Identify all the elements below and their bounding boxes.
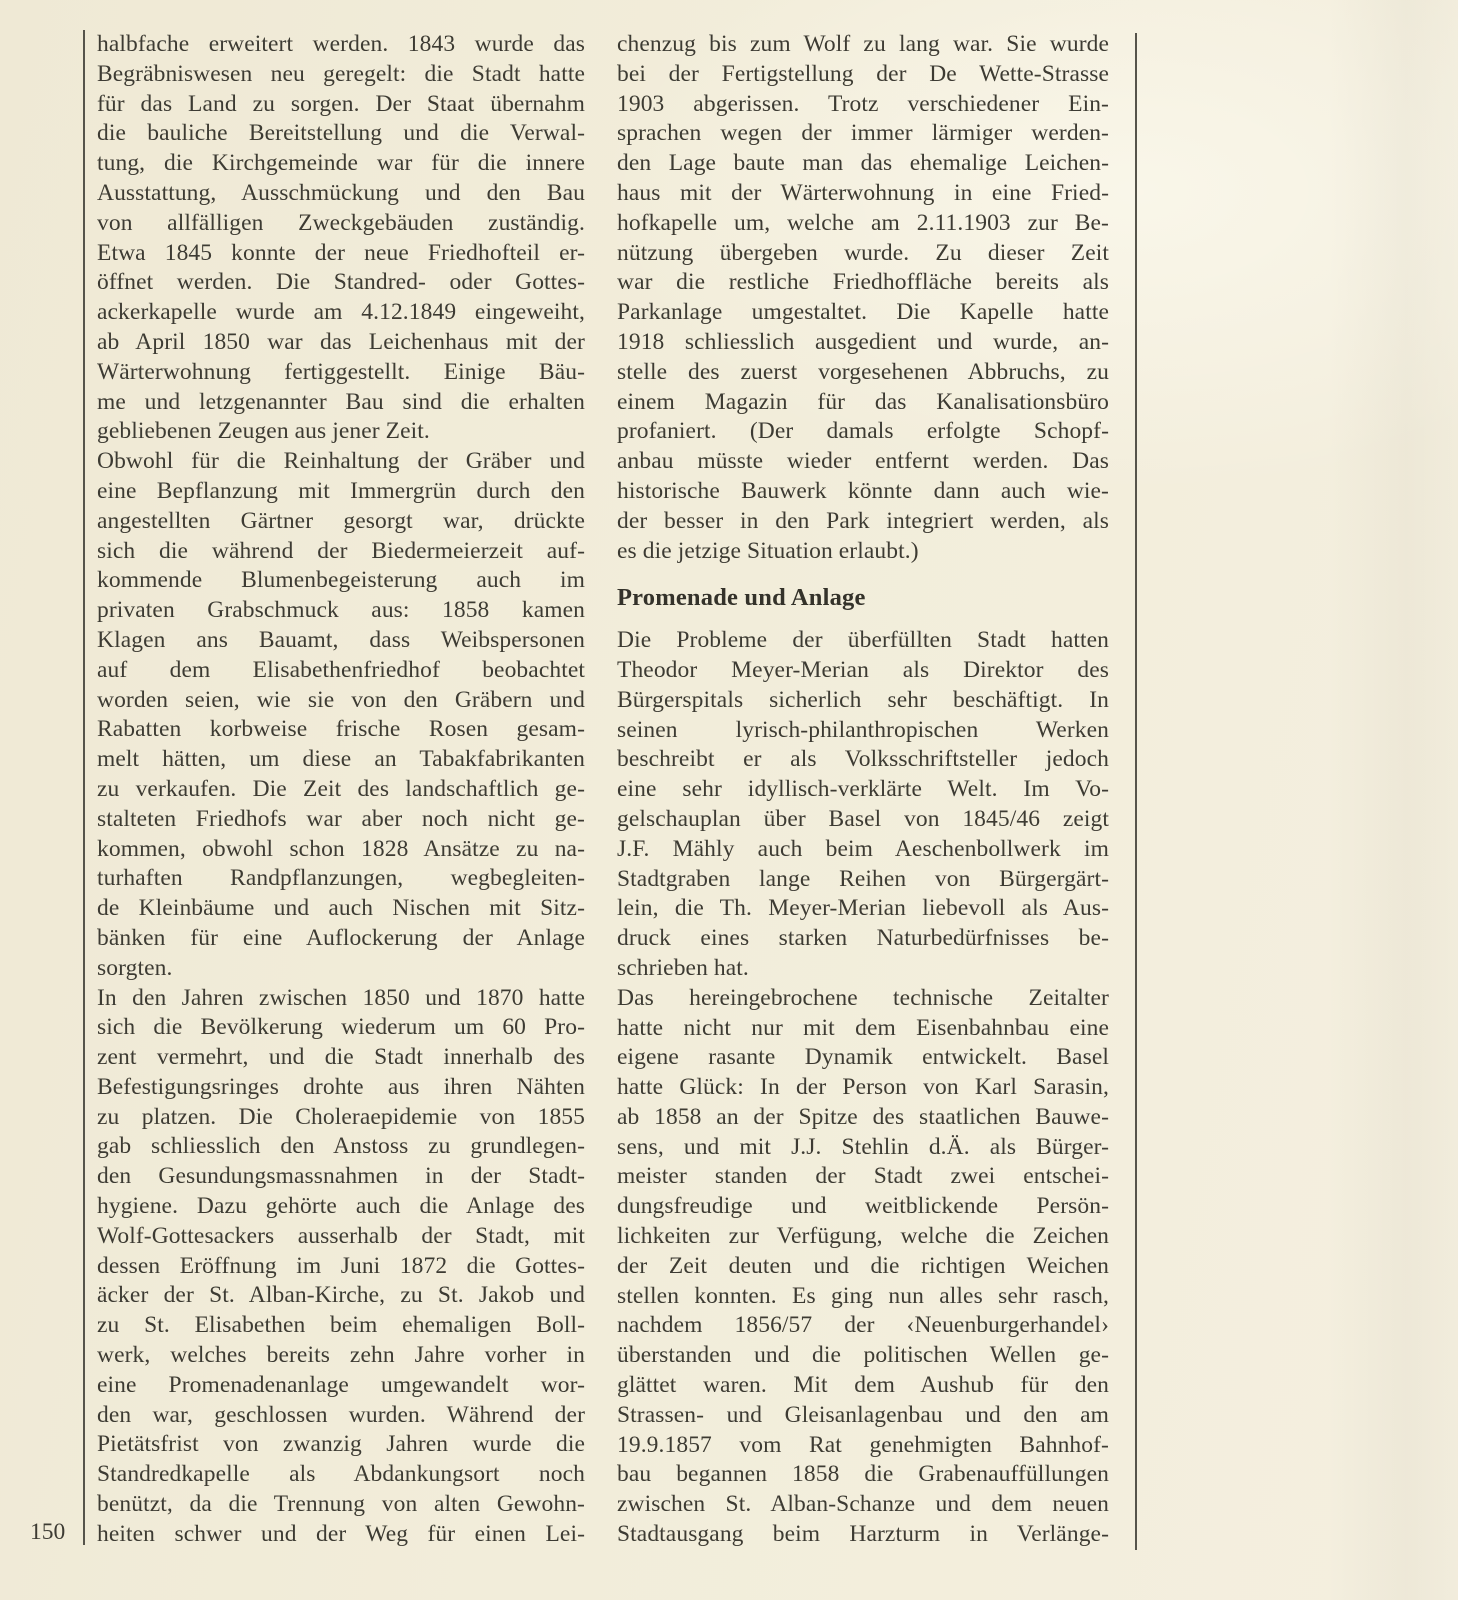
text-line: werk, welches bereits zehn Jahre vorher … [97,1341,585,1371]
text-line: J.F. Mähly auch beim Aeschenbollwerk im [617,835,1109,865]
text-line: stellen konnten. Es ging nun alles sehr … [617,1282,1109,1312]
text-line: Bürgerspitals sicherlich sehr beschäftig… [617,686,1109,716]
text-line: me und letzgenannter Bau sind die erhalt… [97,388,585,418]
text-line: 19.9.1857 vom Rat genehmigten Bahnhof- [617,1431,1109,1461]
text-line: äcker der St. Alban-Kirche, zu St. Jakob… [97,1281,585,1311]
text-line: Parkanlage umgestaltet. Die Kapelle hatt… [617,298,1109,328]
text-line: Klagen ans Bauamt, dass Weibspersonen [97,626,585,656]
text-line: Die Probleme der überfüllten Stadt hatte… [617,626,1109,656]
text-line: benützt, da die Trennung von alten Gewoh… [97,1490,585,1520]
text-line: Stadtausgang beim Harzturm in Verlänge- [617,1520,1109,1550]
text-line: eine Promenadenanlage umgewandelt wor- [97,1371,585,1401]
text-line: profaniert. (Der damals erfolgte Schopf- [617,417,1109,447]
text-line: 1918 schliesslich ausgedient und wurde, … [617,328,1109,358]
text-line: war die restliche Friedhoffläche bereits… [617,268,1109,298]
text-line: von allfälligen Zweckgebäuden zuständig. [97,209,585,239]
text-line: druck eines starken Naturbedürfnisses be… [617,924,1109,954]
left-text-column: halbfache erweitert werden. 1843 wurde d… [97,30,585,1550]
text-line: In den Jahren zwischen 1850 und 1870 hat… [97,984,585,1014]
text-line: nachdem 1856/57 der ‹Neuenburgerhandel› [617,1311,1109,1341]
text-line: gab schliesslich den Anstoss zu grundleg… [97,1132,585,1162]
text-line: haus mit der Wärterwohnung in eine Fried… [617,179,1109,209]
text-line: zu St. Elisabethen beim ehemaligen Boll- [97,1311,585,1341]
text-line: hofkapelle um, welche am 2.11.1903 zur B… [617,209,1109,239]
text-line: der Zeit deuten und die richtigen Weiche… [617,1252,1109,1282]
text-line: sprachen wegen der immer lärmiger werden… [617,119,1109,149]
text-line: nützung übergeben wurde. Zu dieser Zeit [617,239,1109,269]
text-line: dungsfreudige und weitblickende Persön- [617,1192,1109,1222]
text-line: bau begannen 1858 die Grabenauffüllungen [617,1460,1109,1490]
text-line: seinen lyrisch-philanthropischen Werken [617,716,1109,746]
right-column-rule [1135,33,1137,1550]
text-line: Obwohl für die Reinhaltung der Gräber un… [97,447,585,477]
text-line: kommende Blumenbegeisterung auch im [97,566,585,596]
text-line: der besser in den Park integriert werden… [617,507,1109,537]
text-line: einem Magazin für das Kanalisationsbüro [617,388,1109,418]
text-line: für das Land zu sorgen. Der Staat überna… [97,90,585,120]
text-line: eine Bepflanzung mit Immergrün durch den [97,477,585,507]
text-line: sens, und mit J.J. Stehlin d.Ä. als Bürg… [617,1133,1109,1163]
text-line: hygiene. Dazu gehörte auch die Anlage de… [97,1192,585,1222]
text-line: worden seien, wie sie von den Gräbern un… [97,686,585,716]
text-line: stelle des zuerst vorgesehenen Abbruchs,… [617,358,1109,388]
text-line: meister standen der Stadt zwei entschei- [617,1162,1109,1192]
text-line: auf dem Elisabethenfriedhof beobachtet [97,656,585,686]
text-line: es die jetzige Situation erlaubt.) [617,537,1109,567]
text-line: zent vermehrt, und die Stadt innerhalb d… [97,1043,585,1073]
text-line: eigene rasante Dynamik entwickelt. Basel [617,1043,1109,1073]
text-line: chenzug bis zum Wolf zu lang war. Sie wu… [617,30,1109,60]
text-line: 1903 abgerissen. Trotz verschiedener Ein… [617,90,1109,120]
text-line: Wolf-Gottesackers ausserhalb der Stadt, … [97,1222,585,1252]
text-line: sich die Bevölkerung wiederum um 60 Pro- [97,1013,585,1043]
text-line: Begräbniswesen neu geregelt: die Stadt h… [97,60,585,90]
text-line: Stadtgraben lange Reihen von Bürgergärt- [617,865,1109,895]
text-line: de Kleinbäume und auch Nischen mit Sitz- [97,894,585,924]
text-line: ab 1858 an der Spitze des staatlichen Ba… [617,1103,1109,1133]
text-line: Pietätsfrist von zwanzig Jahren wurde di… [97,1430,585,1460]
text-line: Das hereingebrochene technische Zeitalte… [617,984,1109,1014]
text-line: angestellten Gärtner gesorgt war, drückt… [97,507,585,537]
text-line: stalteten Friedhofs war aber noch nicht … [97,805,585,835]
text-line: Ausstattung, Ausschmückung und den Bau [97,179,585,209]
text-line: zu platzen. Die Choleraepidemie von 1855 [97,1103,585,1133]
text-line: Etwa 1845 konnte der neue Friedhofteil e… [97,239,585,269]
section-heading: Promenade und Anlage [617,583,1109,613]
text-line: zu verkaufen. Die Zeit des landschaftlic… [97,775,585,805]
text-line: Standredkapelle als Abdankungsort noch [97,1460,585,1490]
text-line: dessen Eröffnung im Juni 1872 die Gottes… [97,1252,585,1282]
text-line: kommen, obwohl schon 1828 Ansätze zu na- [97,835,585,865]
text-line: halbfache erweitert werden. 1843 wurde d… [97,30,585,60]
text-line: Rabatten korbweise frische Rosen gesam- [97,715,585,745]
page-number: 150 [30,1518,78,1548]
text-line: Strassen- und Gleisanlagenbau und den am [617,1401,1109,1431]
text-line: beschreibt er als Volksschriftsteller je… [617,745,1109,775]
text-line: anbau müsste wieder entfernt werden. Das [617,447,1109,477]
text-line: hatte nicht nur mit dem Eisenbahnbau ein… [617,1014,1109,1044]
text-line: ackerkapelle wurde am 4.12.1849 eingewei… [97,298,585,328]
text-line: lein, die Th. Meyer-Merian liebevoll als… [617,894,1109,924]
scanned-book-page: 150 halbfache erweitert werden. 1843 wur… [0,0,1458,1600]
left-column-rule [83,30,85,1545]
text-line: historische Bauwerk könnte dann auch wie… [617,477,1109,507]
text-line: sich die während der Biedermeierzeit auf… [97,537,585,567]
text-line: die bauliche Bereitstellung und die Verw… [97,119,585,149]
text-line: den Gesundungsmassnahmen in der Stadt- [97,1162,585,1192]
text-line: gelschauplan über Basel von 1845/46 zeig… [617,805,1109,835]
text-line: schrieben hat. [617,954,1109,984]
text-line: zwischen St. Alban-Schanze und dem neuen [617,1490,1109,1520]
text-line: ab April 1850 war das Leichenhaus mit de… [97,328,585,358]
text-line: tung, die Kirchgemeinde war für die inne… [97,149,585,179]
right-text-column: chenzug bis zum Wolf zu lang war. Sie wu… [617,30,1109,1550]
text-line: Theodor Meyer-Merian als Direktor des [617,656,1109,686]
text-line: turhaften Randpflanzungen, wegbegleiten- [97,864,585,894]
text-line: heiten schwer und der Weg für einen Lei- [97,1520,585,1550]
text-line: sorgten. [97,954,585,984]
text-line: glättet waren. Mit dem Aushub für den [617,1371,1109,1401]
text-line: bänken für eine Auflockerung der Anlage [97,924,585,954]
text-line: Wärterwohnung fertiggestellt. Einige Bäu… [97,358,585,388]
text-line: privaten Grabschmuck aus: 1858 kamen [97,596,585,626]
text-line: Befestigungsringes drohte aus ihren Näht… [97,1073,585,1103]
text-line: bei der Fertigstellung der De Wette-Stra… [617,60,1109,90]
text-line: eine sehr idyllisch-verklärte Welt. Im V… [617,775,1109,805]
text-line: melt hätten, um diese an Tabakfabrikante… [97,745,585,775]
text-line: hatte Glück: In der Person von Karl Sara… [617,1073,1109,1103]
text-line: den Lage baute man das ehemalige Leichen… [617,149,1109,179]
text-line: den war, geschlossen wurden. Während der [97,1401,585,1431]
text-line: gebliebenen Zeugen aus jener Zeit. [97,417,585,447]
text-line: lichkeiten zur Verfügung, welche die Zei… [617,1222,1109,1252]
text-line: überstanden und die politischen Wellen g… [617,1341,1109,1371]
text-line: öffnet werden. Die Standred- oder Gottes… [97,268,585,298]
